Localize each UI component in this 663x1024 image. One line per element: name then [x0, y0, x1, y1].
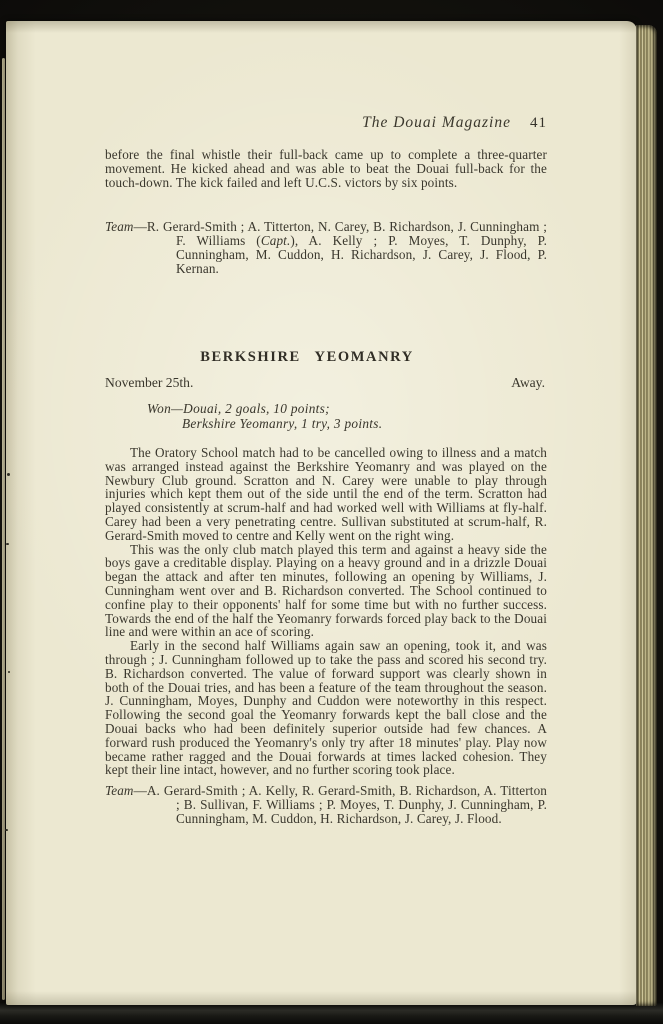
previous-match-closing-paragraph: before the final whistle their full-back…: [105, 148, 547, 189]
match-venue: Away.: [511, 375, 545, 391]
scan-speck: [5, 829, 8, 831]
left-page-stack-edge: [2, 58, 5, 1000]
book-bottom-board: [0, 1003, 663, 1024]
result-line-opponent: Berkshire Yeomanry, 1 try, 3 points.: [182, 417, 547, 432]
magazine-page: The Douai Magazine 41 before the final w…: [6, 21, 637, 1005]
match-heading: BERKSHIRE YEOMANRY: [86, 349, 528, 366]
book-scan-background: The Douai Magazine 41 before the final w…: [0, 0, 663, 1024]
match-date-row: November 25th. Away.: [105, 375, 545, 391]
magazine-title: The Douai Magazine: [362, 114, 511, 131]
team-players: —A. Gerard-Smith ; A. Kelly, R. Gerard-S…: [134, 783, 547, 826]
report-paragraph-1: The Oratory School match had to be cance…: [105, 446, 547, 543]
match-team-list: Team—A. Gerard-Smith ; A. Kelly, R. Gera…: [105, 784, 547, 826]
captain-label: Capt.: [261, 233, 291, 248]
result-line-douai: Won—Douai, 2 goals, 10 points;: [147, 402, 547, 417]
match-date: November 25th.: [105, 375, 193, 391]
match-result: Won—Douai, 2 goals, 10 points; Berkshire…: [105, 402, 547, 431]
report-paragraph-3: Early in the second half Williams again …: [105, 639, 547, 777]
book-fore-edge-pages: [636, 25, 657, 1006]
previous-match-team-list: Team—R. Gerard-Smith ; A. Titterton, N. …: [105, 220, 547, 276]
team-label: Team: [105, 219, 134, 234]
running-header: The Douai Magazine 41: [105, 114, 547, 132]
scan-speck: [6, 543, 9, 545]
scan-speck: [8, 671, 10, 673]
page-number: 41: [530, 115, 547, 131]
match-report: The Oratory School match had to be cance…: [105, 446, 547, 826]
scan-speck: [7, 473, 10, 476]
team-label: Team: [105, 783, 134, 798]
report-paragraph-2: This was the only club match played this…: [105, 543, 547, 640]
